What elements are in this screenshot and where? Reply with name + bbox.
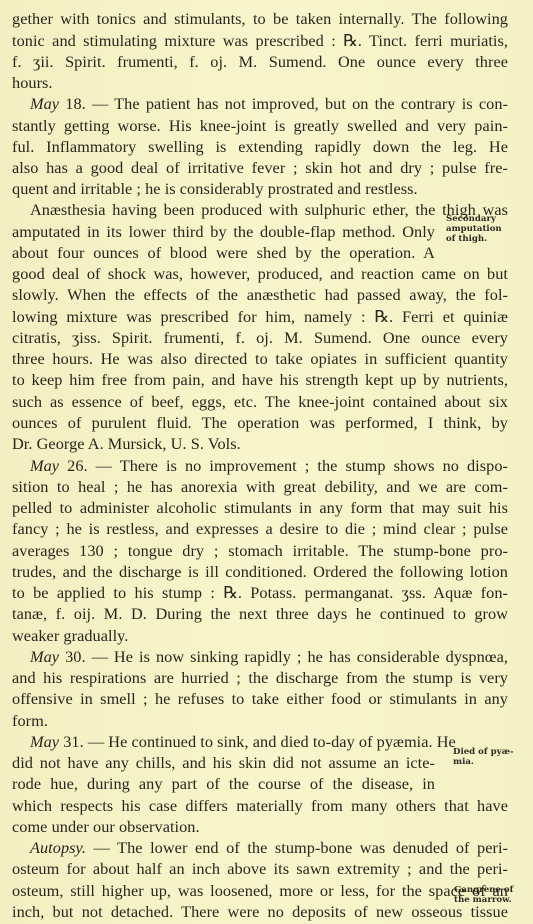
text-line: sition to heal ; he has anorexia with gr… — [12, 476, 508, 497]
text-line: tonic and stimulating mixture was prescr… — [12, 30, 508, 51]
entry-autopsy: Autopsy. — The lower end of the stump-bo… — [30, 837, 508, 858]
text-line: did not have any chills, and his skin di… — [12, 752, 435, 773]
text-line: rode hue, during any part of the course … — [12, 773, 435, 794]
margin-note-line: the marrow. — [454, 895, 533, 905]
text-line: and his respirations are hurried ; the d… — [12, 667, 508, 688]
text-line: amputated in its lower third by the doub… — [12, 221, 435, 242]
text-line: stantly getting worse. His knee-joint is… — [12, 115, 508, 136]
text-line: gether with tonics and stimulants, to be… — [12, 8, 508, 29]
text-line: come under our observation. — [12, 816, 508, 837]
entry-date-label: May — [30, 94, 59, 113]
margin-note-line: amputation — [446, 224, 533, 234]
text-line: quent and irritable ; he is considerably… — [12, 178, 508, 199]
text-line: good deal of shock was, however, produce… — [12, 263, 508, 284]
text-line: also has a good deal of irritative fever… — [12, 157, 508, 178]
entry-may-31: May 31. — He continued to sink, and died… — [30, 731, 435, 752]
margin-note-line: Gangrene of — [454, 885, 533, 895]
text-line: osteum, still higher up, was loosened, m… — [12, 880, 508, 901]
entry-may-26: May 26. — There is no improvement ; the … — [30, 455, 508, 476]
text-line: slowly. When the effects of the anæsthet… — [12, 284, 508, 305]
text-line: about four ounces of blood were shed by … — [12, 242, 435, 263]
text-line: 31. — He continued to sink, and died to-… — [59, 732, 456, 751]
margin-note-secondary-amputation: Secondary amputation of thigh. — [446, 214, 533, 244]
text-line: inch, but not detached. There were no de… — [12, 901, 508, 922]
text-line: tanæ, f. oij. M. D. During the next thre… — [12, 603, 508, 624]
text-line: citratis, ʒiss. Spirit. frumenti, f. oj.… — [12, 327, 508, 348]
margin-note-line: mia. — [453, 757, 533, 767]
entry-may-30: May 30. — He is now sinking rapidly ; he… — [30, 646, 508, 667]
text-line: ful. Inflammatory swelling is extending … — [12, 136, 508, 157]
entry-date-label: May — [30, 732, 59, 751]
text-line: 30. — He is now sinking rapidly ; he has… — [59, 647, 508, 666]
text-line: ounces of purulent fluid. The operation … — [12, 412, 508, 433]
text-line: 18. — The patient has not improved, but … — [59, 94, 508, 113]
text-line: Anæsthesia having been produced with sul… — [30, 199, 508, 220]
text-line: f. ʒii. Spirit. frumenti, f. oj. M. Sume… — [12, 51, 508, 72]
entry-date-label: May — [30, 456, 59, 475]
text-line: lowing mixture was prescribed for him, n… — [12, 306, 508, 327]
text-line: which respects his case differs material… — [12, 795, 508, 816]
margin-note-died-of-pyaemia: Died of pyæ- mia. — [453, 747, 533, 767]
text-line: hours. — [12, 72, 508, 93]
text-line: offensive in smell ; he refuses to take … — [12, 688, 508, 709]
entry-date-label: Autopsy. — [30, 838, 86, 857]
text-line: osteum for about half an inch above its … — [12, 858, 508, 879]
text-line: — The lower end of the stump-bone was de… — [86, 838, 508, 857]
margin-note-line: Died of pyæ- — [453, 747, 533, 757]
text-line: such as essence of beef, eggs, etc. The … — [12, 391, 508, 412]
margin-note-line: of thigh. — [446, 234, 533, 244]
entry-may-18: May 18. — The patient has not improved, … — [30, 93, 508, 114]
text-line: trudes, and the discharge is ill conditi… — [12, 561, 508, 582]
text-line: weaker gradually. — [12, 625, 508, 646]
text-line: to be applied to his stump : ℞. Potass. … — [12, 582, 508, 603]
text-line: 26. — There is no improvement ; the stum… — [59, 456, 508, 475]
text-line: form. — [12, 710, 508, 731]
text-line: pelled to administer alcoholic stimulant… — [12, 497, 508, 518]
entry-date-label: May — [30, 647, 59, 666]
book-page: gether with tonics and stimulants, to be… — [0, 0, 533, 924]
text-line: to keep him free from pain, and have his… — [12, 369, 508, 390]
margin-note-line: Secondary — [446, 214, 533, 224]
text-line: Dr. George A. Mursick, U. S. Vols. — [12, 433, 508, 454]
text-line: averages 130 ; tongue dry ; stomach irri… — [12, 540, 508, 561]
text-line: fancy ; he is restless, and expresses a … — [12, 518, 508, 539]
margin-note-gangrene-of-marrow: Gangrene of the marrow. — [454, 885, 533, 905]
text-line: three hours. He was also directed to tak… — [12, 348, 508, 369]
